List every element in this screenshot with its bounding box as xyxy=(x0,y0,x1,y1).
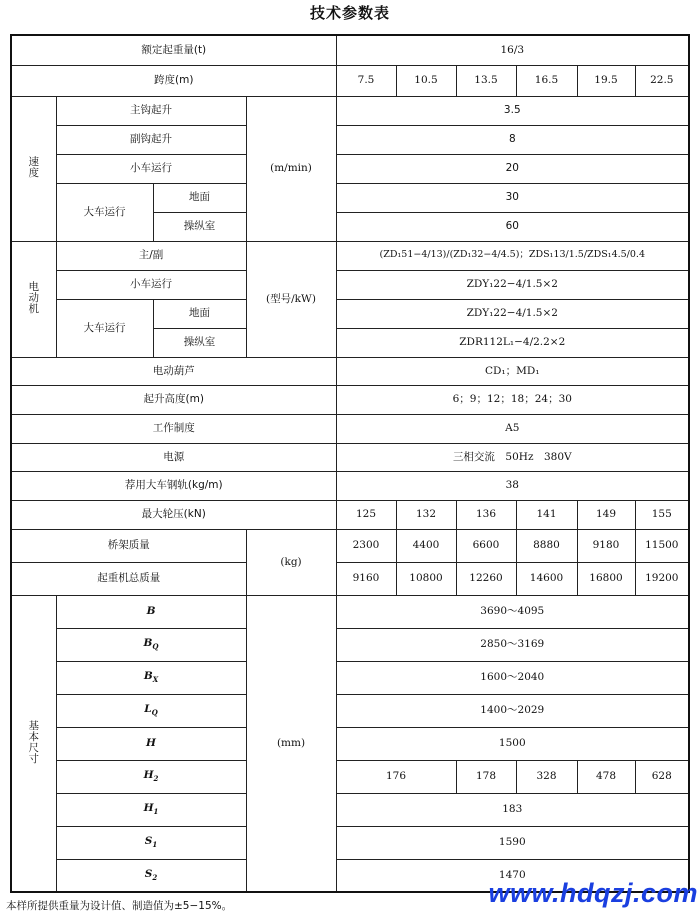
dim-LQ-value: 1400～2029 xyxy=(336,694,689,727)
motor-crane-travel-label: 大车运行 xyxy=(56,299,153,357)
spec-table: 额定起重量(t) 16/3 跨度(m) 7.5 10.5 13.5 16.5 1… xyxy=(10,34,690,893)
dim-H2-value: 176 xyxy=(336,760,456,793)
motor-ground-value: ZDY₁22−4/1.5×2 xyxy=(336,299,689,328)
row-speed-main-hoist: 速度 主钩起升 (m/min) 3.5 xyxy=(11,96,689,125)
row-dim-B: 基本尺寸 B (mm) 3690～4095 xyxy=(11,595,689,628)
ground-label: 地面 xyxy=(153,183,246,212)
footnote: 本样所提供重量为设计值、制造值为±5−15%。 xyxy=(6,898,232,913)
bridge-mass-value: 9180 xyxy=(577,529,635,562)
span-value: 19.5 xyxy=(577,65,635,96)
row-span: 跨度(m) 7.5 10.5 13.5 16.5 19.5 22.5 xyxy=(11,65,689,96)
wheel-load-value: 125 xyxy=(336,500,396,529)
dim-H2-value: 178 xyxy=(456,760,516,793)
dim-H2-value: 478 xyxy=(577,760,635,793)
power-label: 电源 xyxy=(11,443,336,471)
dim-BX-label: BX xyxy=(56,661,246,694)
dim-S1-label: S1 xyxy=(56,826,246,859)
cabin-label: 操纵室 xyxy=(153,212,246,241)
lift-height-value: 6；9；12；18；24；30 xyxy=(336,385,689,414)
span-value: 16.5 xyxy=(516,65,577,96)
motor-ground-label: 地面 xyxy=(153,299,246,328)
dim-LQ-label: LQ xyxy=(56,694,246,727)
mass-unit: (kg) xyxy=(246,529,336,595)
total-mass-value: 10800 xyxy=(396,562,456,595)
motor-main-aux-label: 主/副 xyxy=(56,241,246,270)
row-dim-S1: S1 1590 xyxy=(11,826,689,859)
row-total-mass: 起重机总质量 9160 10800 12260 14600 16800 1920… xyxy=(11,562,689,595)
bridge-mass-value: 8880 xyxy=(516,529,577,562)
row-dim-BQ: BQ 2850～3169 xyxy=(11,628,689,661)
rated-load-label: 额定起重量(t) xyxy=(11,35,336,65)
motor-cabin-value: ZDR112L₁−4/2.2×2 xyxy=(336,328,689,357)
dimensions-unit: (mm) xyxy=(246,595,336,892)
speed-unit: (m/min) xyxy=(246,96,336,241)
motor-trolley-label: 小车运行 xyxy=(56,270,246,299)
max-wheel-load-label: 最大轮压(kN) xyxy=(11,500,336,529)
dim-H-label: H xyxy=(56,727,246,760)
motor-main-aux-value: (ZD₁51−4/13)/(ZD₁32−4/4.5)；ZDS₁13/1.5/ZD… xyxy=(336,241,689,270)
row-speed-aux-hoist: 副钩起升 8 xyxy=(11,125,689,154)
trolley-label: 小车运行 xyxy=(56,154,246,183)
row-rail: 荐用大车钢轨(kg/m) 38 xyxy=(11,471,689,500)
dim-B-value: 3690～4095 xyxy=(336,595,689,628)
wheel-load-value: 155 xyxy=(635,500,689,529)
aux-hoist-label: 副钩起升 xyxy=(56,125,246,154)
crane-cabin-speed: 60 xyxy=(336,212,689,241)
row-bridge-mass: 桥架质量 (kg) 2300 4400 6600 8880 9180 11500 xyxy=(11,529,689,562)
dim-B-label: B xyxy=(56,595,246,628)
motor-cabin-label: 操纵室 xyxy=(153,328,246,357)
dim-S1-value: 1590 xyxy=(336,826,689,859)
wheel-load-value: 136 xyxy=(456,500,516,529)
dim-H2-label: H2 xyxy=(56,760,246,793)
motor-unit: (型号/kW) xyxy=(246,241,336,357)
bridge-mass-label: 桥架质量 xyxy=(11,529,246,562)
row-motor-main-aux: 电动机 主/副 (型号/kW) (ZD₁51−4/13)/(ZD₁32−4/4.… xyxy=(11,241,689,270)
dim-BQ-value: 2850～3169 xyxy=(336,628,689,661)
rail-value: 38 xyxy=(336,471,689,500)
bridge-mass-value: 11500 xyxy=(635,529,689,562)
total-mass-value: 19200 xyxy=(635,562,689,595)
trolley-speed: 20 xyxy=(336,154,689,183)
row-max-wheel-load: 最大轮压(kN) 125 132 136 141 149 155 xyxy=(11,500,689,529)
row-dim-LQ: LQ 1400～2029 xyxy=(11,694,689,727)
dim-H1-value: 183 xyxy=(336,793,689,826)
total-mass-value: 12260 xyxy=(456,562,516,595)
row-hoist: 电动葫芦 CD₁；MD₁ xyxy=(11,357,689,385)
wheel-load-value: 132 xyxy=(396,500,456,529)
span-value: 13.5 xyxy=(456,65,516,96)
hoist-label: 电动葫芦 xyxy=(11,357,336,385)
dim-H-value: 1500 xyxy=(336,727,689,760)
motor-group-label: 电动机 xyxy=(11,241,56,357)
power-value: 三相交流 50Hz 380V xyxy=(336,443,689,471)
dim-S2-label: S2 xyxy=(56,859,246,892)
dim-H1-label: H1 xyxy=(56,793,246,826)
row-dim-H2: H2 176 178 328 478 628 xyxy=(11,760,689,793)
total-mass-value: 9160 xyxy=(336,562,396,595)
crane-travel-label: 大车运行 xyxy=(56,183,153,241)
row-lift-height: 起升高度(m) 6；9；12；18；24；30 xyxy=(11,385,689,414)
row-duty: 工作制度 A5 xyxy=(11,414,689,443)
row-rated-load: 额定起重量(t) 16/3 xyxy=(11,35,689,65)
motor-trolley-value: ZDY₁22−4/1.5×2 xyxy=(336,270,689,299)
main-hoist-label: 主钩起升 xyxy=(56,96,246,125)
dim-H2-value: 628 xyxy=(635,760,689,793)
bridge-mass-value: 2300 xyxy=(336,529,396,562)
row-power: 电源 三相交流 50Hz 380V xyxy=(11,443,689,471)
rail-label: 荐用大车钢轨(kg/m) xyxy=(11,471,336,500)
wheel-load-value: 141 xyxy=(516,500,577,529)
rated-load-value: 16/3 xyxy=(336,35,689,65)
span-label: 跨度(m) xyxy=(11,65,336,96)
aux-hoist-speed: 8 xyxy=(336,125,689,154)
row-dim-H: H 1500 xyxy=(11,727,689,760)
row-speed-crane-ground: 大车运行 地面 30 xyxy=(11,183,689,212)
speed-group-label: 速度 xyxy=(11,96,56,241)
lift-height-label: 起升高度(m) xyxy=(11,385,336,414)
main-hoist-speed: 3.5 xyxy=(336,96,689,125)
row-dim-H1: H1 183 xyxy=(11,793,689,826)
row-motor-trolley: 小车运行 ZDY₁22−4/1.5×2 xyxy=(11,270,689,299)
total-mass-value: 16800 xyxy=(577,562,635,595)
span-value: 10.5 xyxy=(396,65,456,96)
hoist-value: CD₁；MD₁ xyxy=(336,357,689,385)
dim-BQ-label: BQ xyxy=(56,628,246,661)
total-mass-label: 起重机总质量 xyxy=(11,562,246,595)
crane-ground-speed: 30 xyxy=(336,183,689,212)
dim-BX-value: 1600～2040 xyxy=(336,661,689,694)
row-dim-BX: BX 1600～2040 xyxy=(11,661,689,694)
span-value: 22.5 xyxy=(635,65,689,96)
watermark: www.hdqzj.com xyxy=(488,878,698,909)
bridge-mass-value: 6600 xyxy=(456,529,516,562)
duty-value: A5 xyxy=(336,414,689,443)
dimensions-group-label: 基本尺寸 xyxy=(11,595,56,892)
dim-H2-value: 328 xyxy=(516,760,577,793)
row-speed-trolley: 小车运行 20 xyxy=(11,154,689,183)
duty-label: 工作制度 xyxy=(11,414,336,443)
bridge-mass-value: 4400 xyxy=(396,529,456,562)
wheel-load-value: 149 xyxy=(577,500,635,529)
row-motor-crane-ground: 大车运行 地面 ZDY₁22−4/1.5×2 xyxy=(11,299,689,328)
span-value: 7.5 xyxy=(336,65,396,96)
total-mass-value: 14600 xyxy=(516,562,577,595)
page-title: 技术参数表 xyxy=(0,2,700,23)
